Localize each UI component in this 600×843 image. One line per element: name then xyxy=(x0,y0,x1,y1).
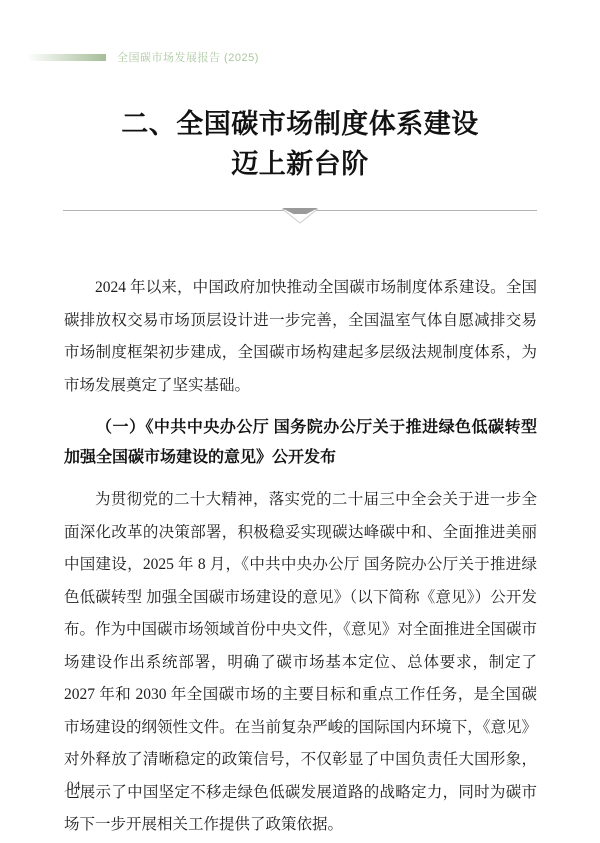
report-title: 全国碳市场发展报告 (2025) xyxy=(117,49,259,65)
page-header: 全国碳市场发展报告 (2025) xyxy=(28,50,259,64)
body-text-column: 2024 年以来，中国政府加快推动全国碳市场制度体系建设。全国碳排放权交易市场顶… xyxy=(64,272,537,842)
header-gradient-bar xyxy=(28,54,106,61)
page-number: 04 xyxy=(67,778,81,794)
chapter-title: 二、全国碳市场制度体系建设 迈上新台阶 xyxy=(0,104,600,184)
chapter-title-line2: 迈上新台阶 xyxy=(0,144,600,184)
document-page: 全国碳市场发展报告 (2025) 二、全国碳市场制度体系建设 迈上新台阶 202… xyxy=(0,0,600,843)
divider-triangle-icon xyxy=(281,208,319,225)
paragraph-detail: 为贯彻党的二十大精神，落实党的二十届三中全会关于进一步全面深化改革的决策部署，积… xyxy=(64,484,537,842)
subsection-heading: （一）《中共中央办公厅 国务院办公厅关于推进绿色低碳转型 加强全国碳市场建设的意… xyxy=(64,413,537,473)
chapter-title-line1: 二、全国碳市场制度体系建设 xyxy=(0,104,600,144)
paragraph-intro: 2024 年以来，中国政府加快推动全国碳市场制度体系建设。全国碳排放权交易市场顶… xyxy=(64,272,537,402)
